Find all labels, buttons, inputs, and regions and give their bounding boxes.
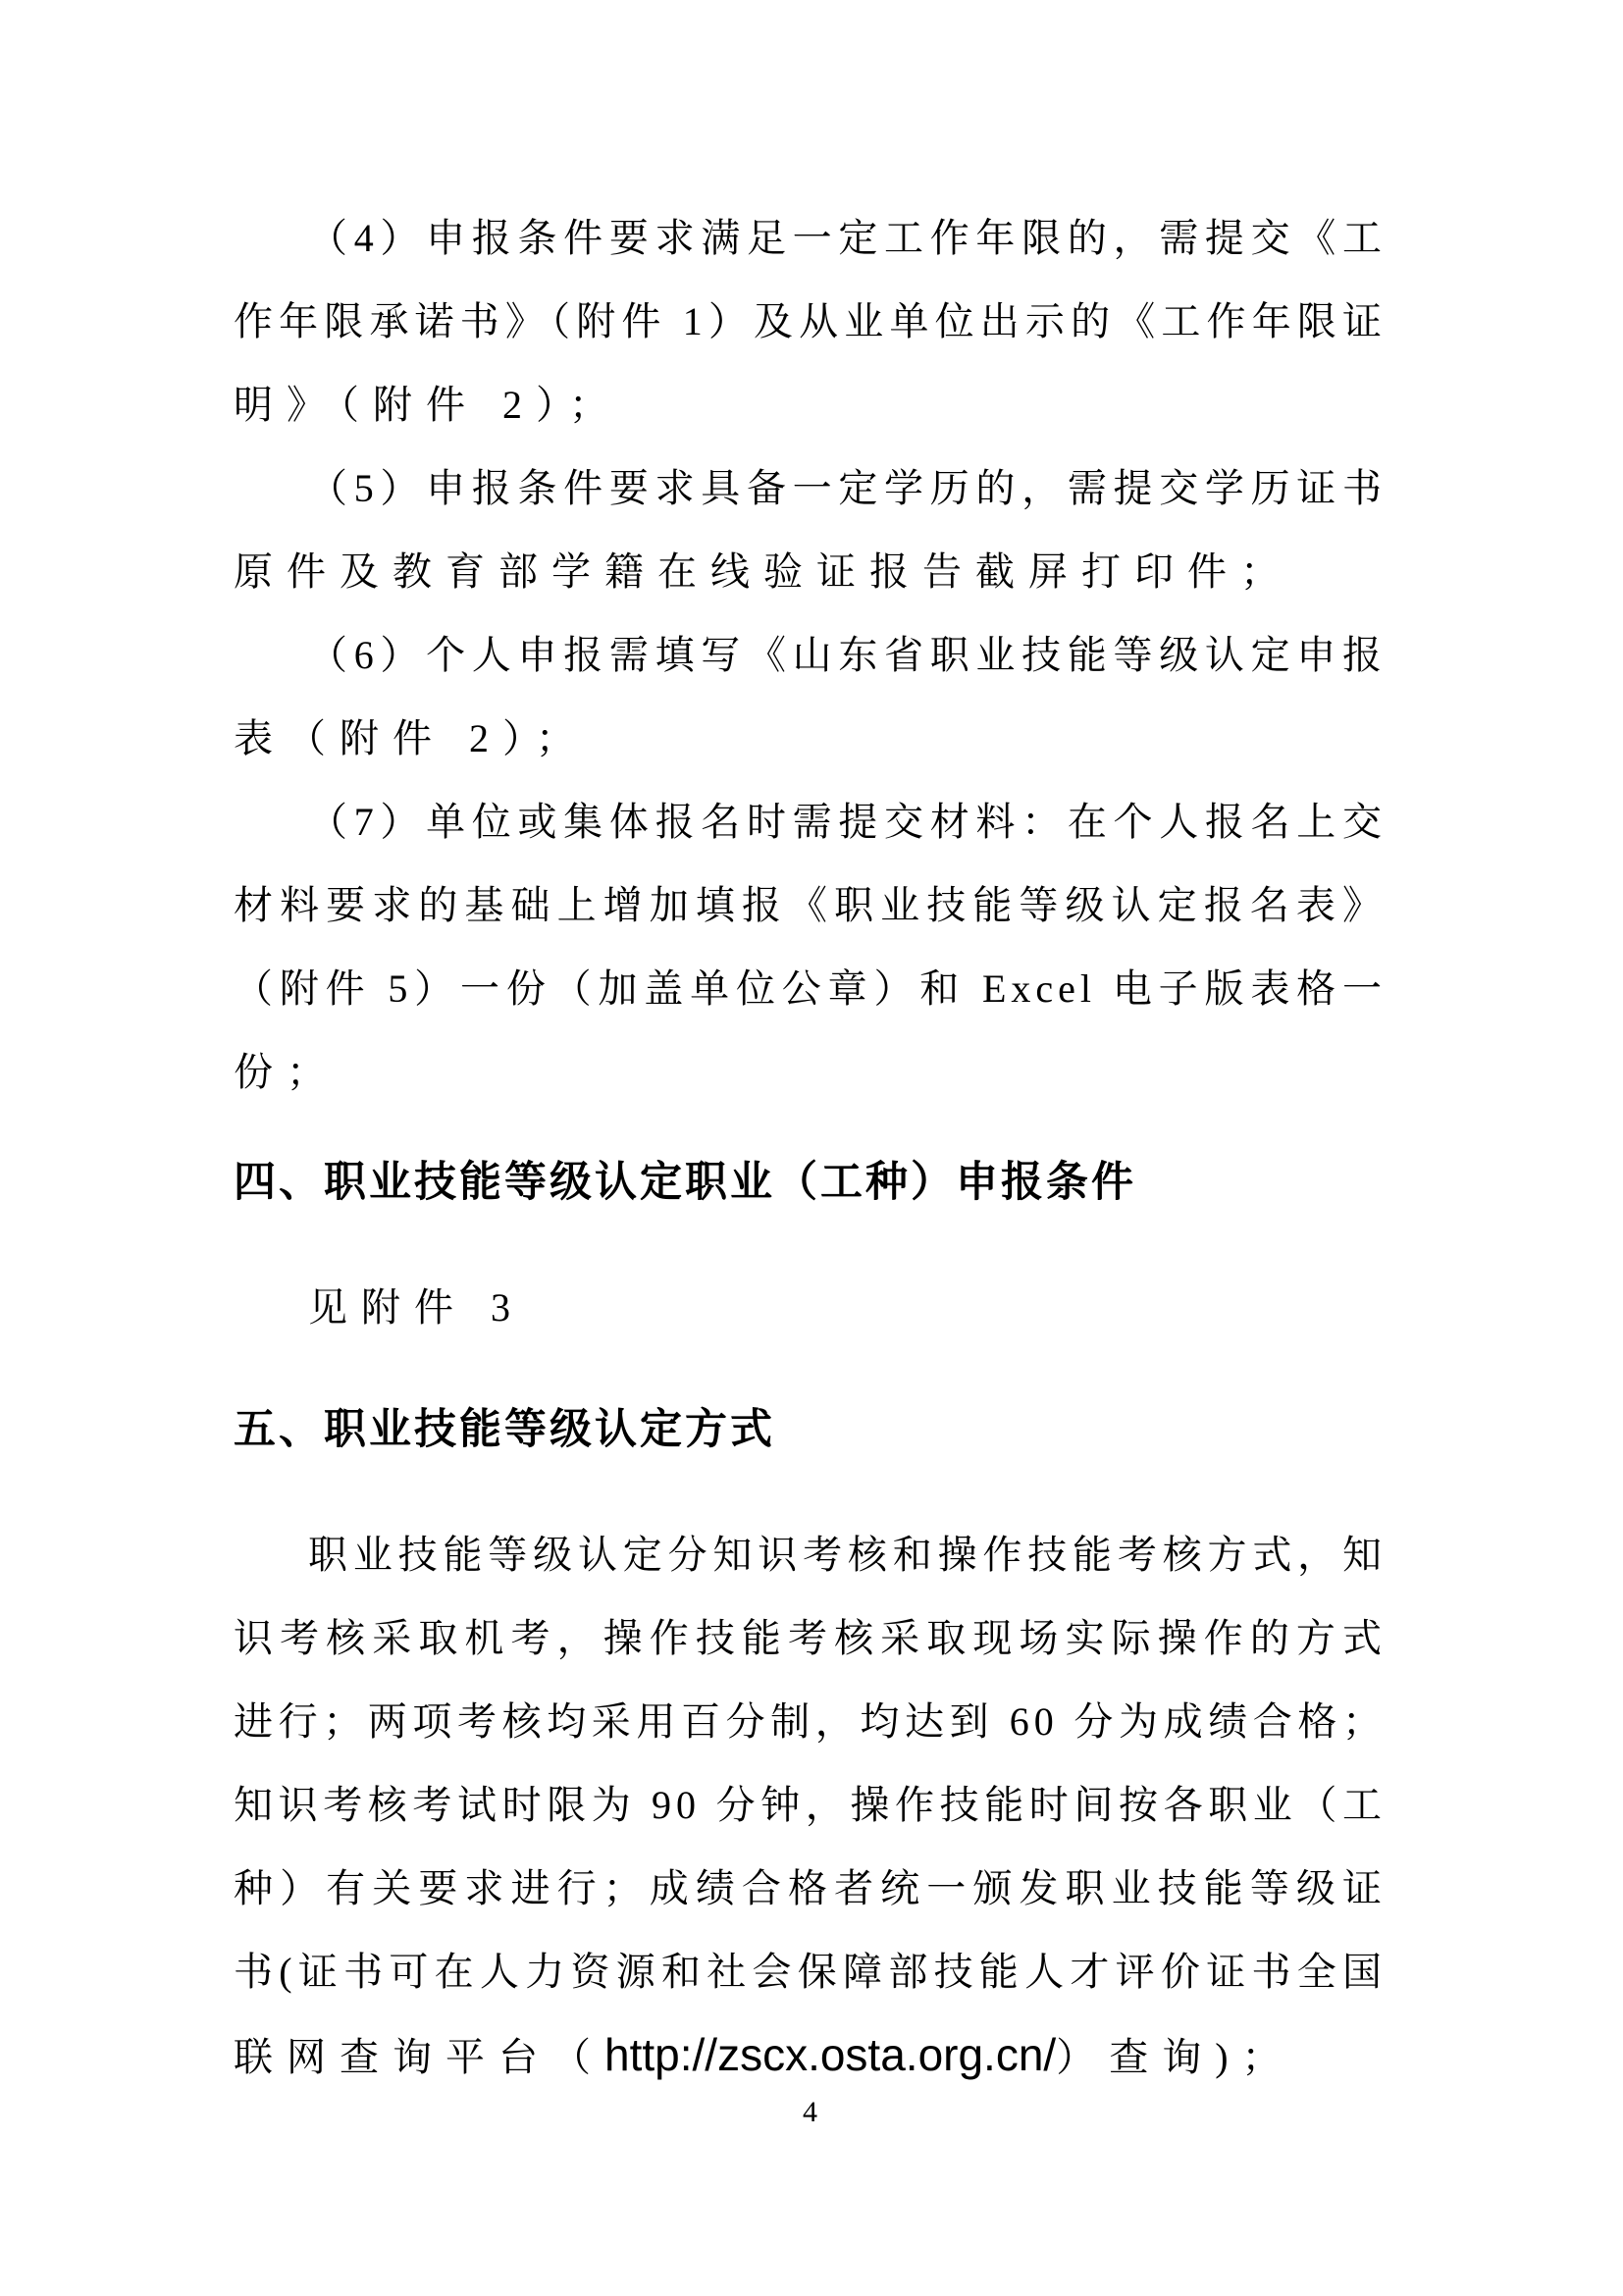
body-line: 识考核采取机考，操作技能考核采取现场实际操作的方式 <box>234 1596 1387 1680</box>
body-line: 表（附件 2）； <box>234 697 1387 780</box>
body-line: 知识考核考试时限为 90 分钟，操作技能时间按各职业（工 <box>234 1763 1387 1847</box>
paragraph-method: 职业技能等级认定分知识考核和操作技能考核方式，知 识考核采取机考，操作技能考核采… <box>234 1513 1387 2097</box>
document-content: （4）申报条件要求满足一定工作年限的，需提交《工 作年限承诺书》（附件 1）及从… <box>234 196 1387 2097</box>
section-heading-4: 四、职业技能等级认定职业（工种）申报条件 <box>234 1141 1387 1225</box>
paragraph-item-6: （6）个人申报需填写《山东省职业技能等级认定申报 表（附件 2）； <box>234 613 1387 780</box>
body-line: 份； <box>234 1030 1387 1114</box>
document-page: （4）申报条件要求满足一定工作年限的，需提交《工 作年限承诺书》（附件 1）及从… <box>0 0 1623 2296</box>
body-line: （4）申报条件要求满足一定工作年限的，需提交《工 <box>234 196 1387 280</box>
page-number: 4 <box>234 2092 1387 2133</box>
body-line: （5）申报条件要求具备一定学历的，需提交学历证书 <box>234 446 1387 530</box>
see-attachment-line: 见附件 3 <box>234 1266 1387 1349</box>
body-line: 作年限承诺书》（附件 1）及从业单位出示的《工作年限证 <box>234 280 1387 363</box>
body-line: 明》（附件 2）； <box>234 363 1387 446</box>
body-line: 职业技能等级认定分知识考核和操作技能考核方式，知 <box>234 1513 1387 1596</box>
paragraph-item-7: （7）单位或集体报名时需提交材料：在个人报名上交 材料要求的基础上增加填报《职业… <box>234 780 1387 1114</box>
body-line: （6）个人申报需填写《山东省职业技能等级认定申报 <box>234 613 1387 697</box>
body-line: （7）单位或集体报名时需提交材料：在个人报名上交 <box>234 780 1387 863</box>
paragraph-item-4: （4）申报条件要求满足一定工作年限的，需提交《工 作年限承诺书》（附件 1）及从… <box>234 196 1387 446</box>
certificate-query-url: http://zscx.osta.org.cn/ <box>604 2029 1056 2080</box>
paragraph-item-5: （5）申报条件要求具备一定学历的，需提交学历证书 原件及教育部学籍在线验证报告截… <box>234 446 1387 613</box>
body-line: 书(证书可在人力资源和社会保障部技能人才评价证书全国 <box>234 1930 1387 2013</box>
body-line: 材料要求的基础上增加填报《职业技能等级认定报名表》 <box>234 863 1387 947</box>
url-suffix-text: ）查询)； <box>1056 2035 1294 2079</box>
url-prefix-text: 联网查询平台（ <box>234 2035 604 2079</box>
body-line: 原件及教育部学籍在线验证报告截屏打印件； <box>234 530 1387 613</box>
body-line: 进行；两项考核均采用百分制，均达到 60 分为成绩合格； <box>234 1680 1387 1763</box>
body-line-with-url: 联网查询平台（http://zscx.osta.org.cn/）查询)； <box>234 2013 1387 2097</box>
body-line: 种）有关要求进行；成绩合格者统一颁发职业技能等级证 <box>234 1847 1387 1930</box>
body-line: （附件 5）一份（加盖单位公章）和 Excel 电子版表格一 <box>234 947 1387 1030</box>
section-heading-5: 五、职业技能等级认定方式 <box>234 1388 1387 1472</box>
